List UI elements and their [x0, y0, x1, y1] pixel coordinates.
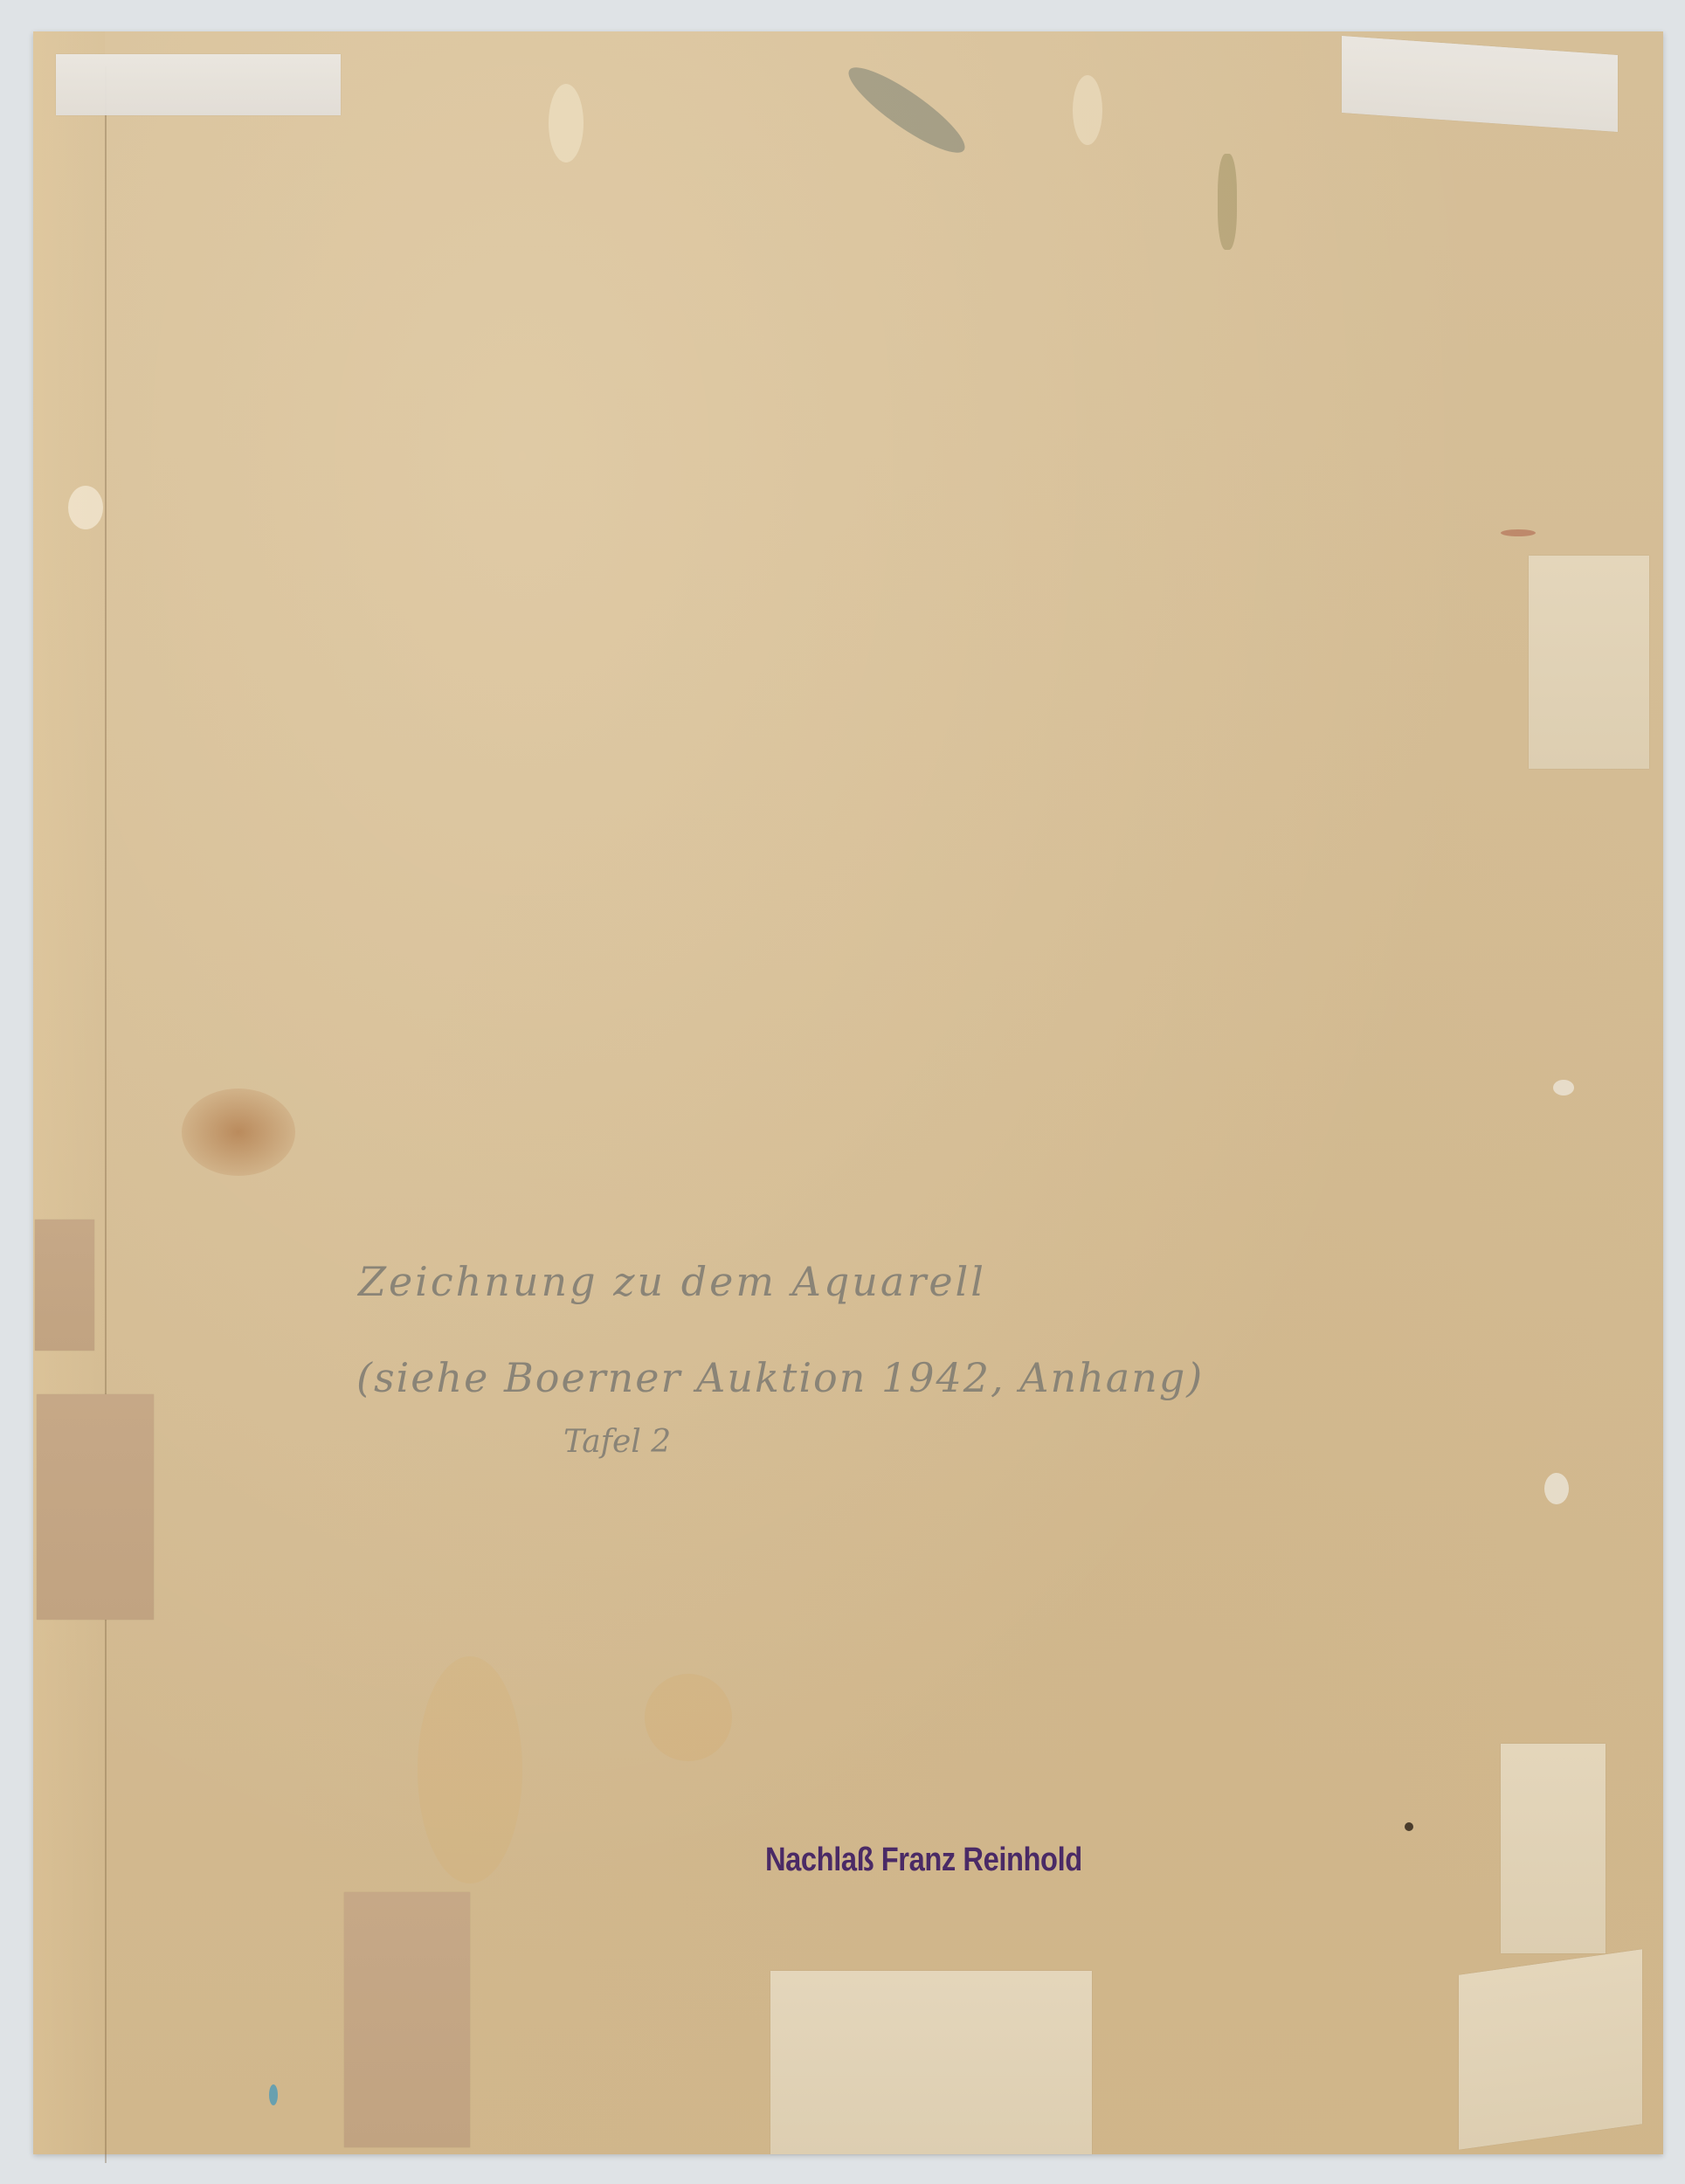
tape-left-1 — [35, 1220, 94, 1351]
foxing — [645, 1674, 732, 1761]
tape-bottom-right-lower — [1459, 1949, 1642, 2150]
tape-right-middle — [1529, 556, 1649, 769]
paper-abrasion — [1553, 1080, 1574, 1095]
tape-top-left — [56, 54, 341, 115]
water-stain — [1073, 75, 1102, 145]
fold-line — [105, 66, 107, 2163]
brown-stain — [182, 1089, 295, 1176]
tape-top-right — [1342, 36, 1618, 132]
inscription-line-2: (siehe Boerner Auktion 1942, Anhang) — [356, 1354, 1204, 1401]
estate-stamp: Nachlaß Franz Reinhold — [765, 1842, 1082, 1879]
ink-smudge — [839, 56, 974, 165]
tape-bottom-right-upper — [1501, 1744, 1606, 1953]
inscription-line-1: Zeichnung zu dem Aquarell — [358, 1258, 986, 1305]
red-speckles — [1501, 529, 1536, 536]
blue-mark — [269, 2084, 278, 2105]
drip-stain — [1218, 154, 1237, 250]
left-edge-strip — [33, 31, 105, 2154]
tape-bottom-left — [344, 1892, 470, 2147]
foxing — [418, 1656, 522, 1883]
ink-spot — [1405, 1822, 1413, 1831]
inscription-line-3: Tafel 2 — [563, 1424, 671, 1460]
paper-abrasion — [1544, 1473, 1569, 1504]
tape-left-2 — [37, 1394, 154, 1620]
water-stain — [549, 84, 584, 162]
water-stain — [68, 486, 103, 529]
tape-bottom-center — [770, 1971, 1092, 2154]
artwork-verso-sheet — [33, 31, 1663, 2154]
